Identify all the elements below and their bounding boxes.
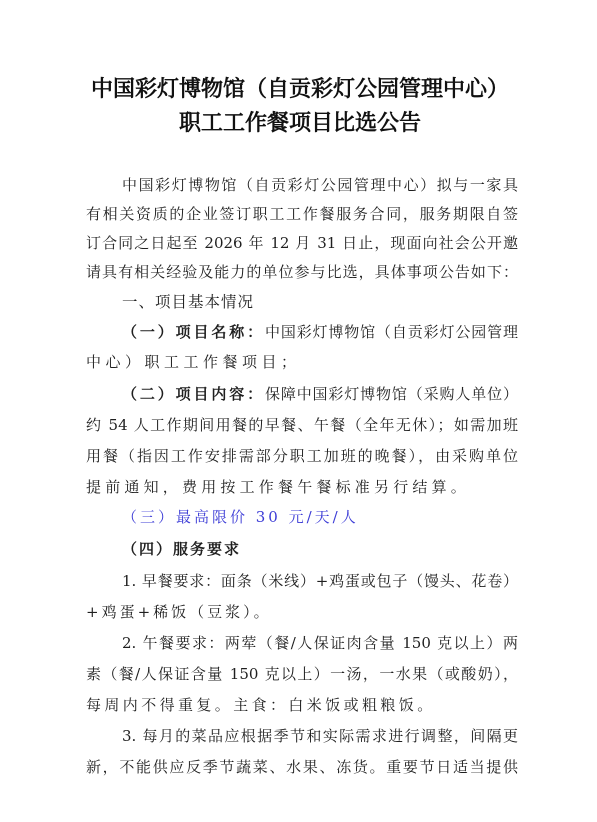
item3-price-cap: （三）最高限价 30 元/天/人 [86,506,518,528]
requirement-line: 每周内不得重复。主食：白米饭或粗粮饭。 [86,694,518,716]
item2-line: 用餐（指因工作安排需部分职工加班的晚餐），由采购单位 [86,445,518,467]
item2-line: 约 54 人工作期间用餐的早餐、午餐（全年无休）；如需加班 [86,414,518,436]
item2-line1: （二）项目内容：保障中国彩灯博物馆（采购人单位） [86,383,518,405]
item2-label: （二）项目内容： [122,385,265,403]
requirement-line: 1. 早餐要求：面条（米线）+鸡蛋或包子（馒头、花卷） [86,570,518,592]
section-heading-basic-info: 一、项目基本情况 [86,291,518,313]
document-title-line2: 职工工作餐项目比选公告 [60,106,540,140]
item4-heading: （四）服务要求 [86,538,518,560]
document-page: 中国彩灯博物馆（自贡彩灯公园管理中心） 职工工作餐项目比选公告 中国彩灯博物馆（… [0,0,597,822]
intro-line: 有相关资质的企业签订职工工作餐服务合同，服务期限自签 [86,203,518,225]
requirement-line: 新，不能供应反季节蔬菜、水果、冻货。重要节日适当提供 [86,756,518,778]
item2-line: 提前通知，费用按工作餐午餐标准另行结算。 [86,476,518,498]
document-title-line1: 中国彩灯博物馆（自贡彩灯公园管理中心） [60,72,540,106]
intro-line: 请具有相关经验及能力的单位参与比选，具体事项公告如下： [86,261,518,283]
requirement-line: 3. 每月的菜品应根据季节和实际需求进行调整，间隔更 [86,725,518,747]
item1-line1: （一）项目名称：中国彩灯博物馆（自贡彩灯公园管理 [86,321,518,343]
item2-text: 保障中国彩灯博物馆（采购人单位） [265,385,518,403]
item1-text: 中国彩灯博物馆（自贡彩灯公园管理 [265,323,518,341]
intro-line: 中国彩灯博物馆（自贡彩灯公园管理中心）拟与一家具 [86,174,518,196]
requirement-line: +鸡蛋+稀饭（豆浆）。 [86,601,518,623]
item1-line2: 中心）职工工作餐项目； [86,351,518,373]
item1-label: （一）项目名称： [122,323,265,341]
intro-line: 订合同之日起至 2026 年 12 月 31 日止，现面向社会公开邀 [86,232,518,254]
requirement-line: 素（餐/人保证含量 150 克以上）一汤，一水果（或酸奶）， [86,663,518,685]
requirement-line: 2. 午餐要求：两荤（餐/人保证肉含量 150 克以上）两 [86,632,518,654]
